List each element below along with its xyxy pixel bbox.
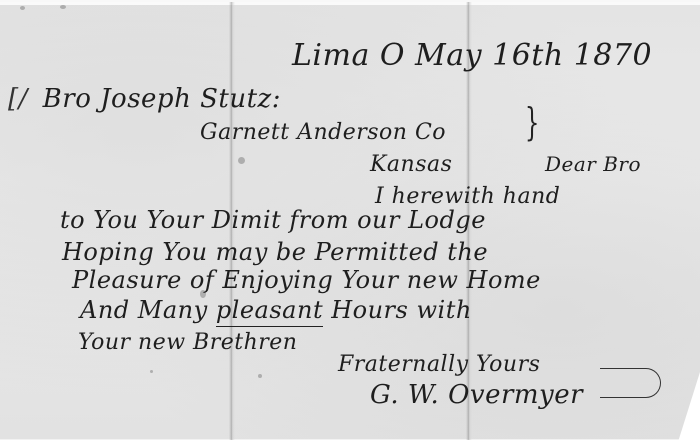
underlined-word: pleasant [216, 296, 323, 327]
paper-speck [60, 5, 66, 9]
paper-speck [20, 6, 25, 10]
paper-speck [238, 157, 245, 164]
greeting: Dear Bro [545, 152, 641, 176]
body-line-4: Pleasure of Enjoying Your new Home [72, 266, 541, 294]
address-brace: } [525, 100, 540, 144]
paper-speck [258, 374, 262, 378]
paper-top-edge [0, 2, 700, 5]
body-line-5-start: And Many [80, 296, 216, 324]
address-county: Garnett Anderson Co [200, 120, 446, 145]
paper-speck [150, 370, 153, 373]
address-state: Kansas [370, 152, 452, 177]
signature: G. W. Overmyer [370, 380, 583, 410]
body-line-6: Your new Brethren [78, 330, 297, 355]
margin-mark: [/ [8, 84, 28, 114]
letter-page: Lima O May 16th 1870 [/ Bro Joseph Stutz… [0, 0, 700, 440]
torn-corner [678, 372, 700, 440]
signature-flourish [600, 368, 661, 398]
dateline: Lima O May 16th 1870 [292, 38, 652, 73]
recipient-name: Bro Joseph Stutz: [43, 84, 281, 114]
body-line-5-end: Hours with [323, 296, 472, 324]
body-line-2: to You Your Dimit from our Lodge [60, 206, 486, 234]
closing: Fraternally Yours [338, 352, 540, 377]
body-line-3: Hoping You may be Permitted the [62, 238, 488, 266]
body-line-5: And Many pleasant Hours with [80, 296, 472, 324]
salutation: [/ Bro Joseph Stutz: [8, 84, 281, 114]
